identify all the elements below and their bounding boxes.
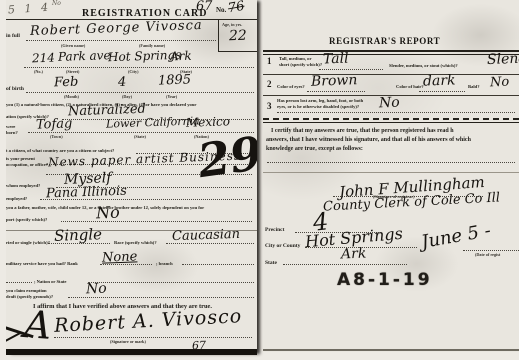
registration-date: June 5 -	[420, 220, 493, 253]
disability-answer: No	[379, 95, 400, 112]
pencil-serial-note: 5 1 4	[8, 1, 52, 17]
address-number-label: (No.)	[34, 69, 43, 74]
married-answer: Single	[54, 225, 103, 245]
report-title: REGISTRAR'S REPORT	[329, 36, 440, 46]
build-answer: Slender	[487, 50, 519, 68]
eye-color-answer: Brown	[311, 72, 358, 90]
eye-color-label: Color of eyes?	[277, 84, 305, 89]
born-label-line1: were	[6, 124, 15, 129]
birth-label: of birth	[6, 86, 24, 92]
support-answer: No	[96, 203, 120, 223]
exempt-label-line1: you claim exemption	[6, 288, 47, 293]
card-bottom-edge	[6, 349, 257, 355]
address-number: 214	[32, 51, 55, 66]
age-box: Age, in yrs. 22	[218, 20, 257, 52]
signature-label: (Signature or mark)	[110, 339, 146, 344]
race-answer: Caucasian	[172, 227, 241, 244]
disability-label-line2: eyes, or is he otherwise disabled (speci…	[277, 104, 359, 109]
report-row1-number: 1	[267, 56, 272, 66]
born-town: Tofag	[36, 116, 73, 132]
registrars-report-card: REGISTRAR'S REPORT 1 Tall, medium, or sh…	[263, 0, 519, 352]
birth-day: 4	[118, 75, 127, 90]
trade-label-line1: is your present	[6, 156, 35, 161]
registration-date-label: (Date of regist	[475, 252, 500, 257]
registrar-mark-a: A	[22, 302, 52, 348]
given-name-label: (Given name)	[61, 43, 85, 48]
address-state: Ark	[170, 49, 192, 64]
where-employed-label: employed?	[6, 196, 27, 201]
signature-number: 67	[192, 339, 206, 352]
height-label-line1: Tall, medium, or	[279, 56, 312, 61]
name-value: Robert George Vivosca	[30, 18, 203, 39]
year-label: (Year)	[166, 94, 177, 99]
height-label-line2: short (specify which)?	[279, 62, 322, 67]
pencil-no-note: No	[52, 0, 61, 7]
hair-color-answer: dark	[423, 72, 456, 89]
employer-label: whom employed?	[6, 183, 40, 188]
bald-answer: No	[490, 75, 510, 91]
race-label: Race (specify which)?	[114, 240, 157, 245]
hair-color-label: Color of hair?	[396, 84, 424, 89]
date-stamp: A8-1-19	[337, 270, 433, 290]
exempt-label-line2: draft (specify grounds)?	[6, 294, 53, 299]
family-name-label: (Family name)	[139, 43, 165, 48]
town-label: (Town)	[50, 134, 63, 139]
name-label: in full	[6, 33, 20, 39]
address-street: Park ave	[58, 48, 111, 64]
born-nation: Mexico	[186, 114, 230, 130]
bald-label: Bald?	[468, 84, 480, 89]
report-row2-number: 2	[267, 79, 272, 89]
day-label: (Day)	[122, 94, 132, 99]
nation-state-label: ; Nation or State	[34, 279, 66, 284]
age-value: 22	[229, 28, 247, 45]
age-label: Age, in yrs.	[222, 22, 242, 27]
dependent-question-line: you a father, mother, wife, child under …	[6, 205, 256, 210]
month-label: (Month)	[64, 94, 79, 99]
address-street-label: (Street)	[66, 69, 79, 74]
certify-line2: answers, that I have witnessed his signa…	[266, 136, 471, 145]
disability-label-line1: Has person lost arm, leg, hand, foot, or…	[277, 98, 363, 103]
order-number-label: No.	[216, 6, 226, 14]
address-city-label: (City)	[128, 69, 138, 74]
exempt-answer: No	[86, 281, 107, 298]
height-answer: Tall	[323, 51, 349, 68]
birth-month: Feb	[54, 75, 79, 91]
birth-year: 1895	[158, 72, 192, 88]
support-label: port (specify which)?	[6, 217, 47, 222]
state-field-label: State	[265, 260, 277, 266]
certify-line1: I certify that my answers are true, that…	[271, 127, 454, 136]
card-title: REGISTRATION CARD	[82, 8, 207, 19]
report-row3-number: 3	[267, 101, 272, 111]
state-label: (State)	[134, 134, 146, 139]
scrawl-29: 29	[195, 126, 257, 188]
order-number-value: 76	[227, 0, 246, 16]
where-employed-answer: Pana Illinois	[46, 184, 127, 202]
city-county-label: City or County	[265, 243, 300, 249]
scanned-registration-card: 5 1 4 No REGISTRATION CARD 67 No. 76 in …	[0, 0, 519, 360]
certify-line3: knowledge are true, except as follows:	[266, 145, 363, 154]
military-answer: None	[102, 249, 138, 265]
state-field-value: Ark	[341, 246, 367, 263]
registration-card: 5 1 4 No REGISTRATION CARD 67 No. 76 in …	[6, 0, 257, 355]
hand-serial-number: 67	[196, 0, 213, 14]
military-label: military service have you had? Rank	[6, 261, 78, 266]
report-bottom-edge	[263, 349, 519, 351]
build-label: Slender, medium, or stout (which)?	[389, 63, 458, 68]
precinct-label: Precinct	[265, 227, 284, 233]
married-label: ried or single (which)?	[6, 240, 50, 245]
branch-label: ; branch	[156, 261, 173, 266]
trade-label-line2: occupation, or office?	[6, 162, 48, 167]
born-label-line2: born?	[6, 130, 18, 135]
